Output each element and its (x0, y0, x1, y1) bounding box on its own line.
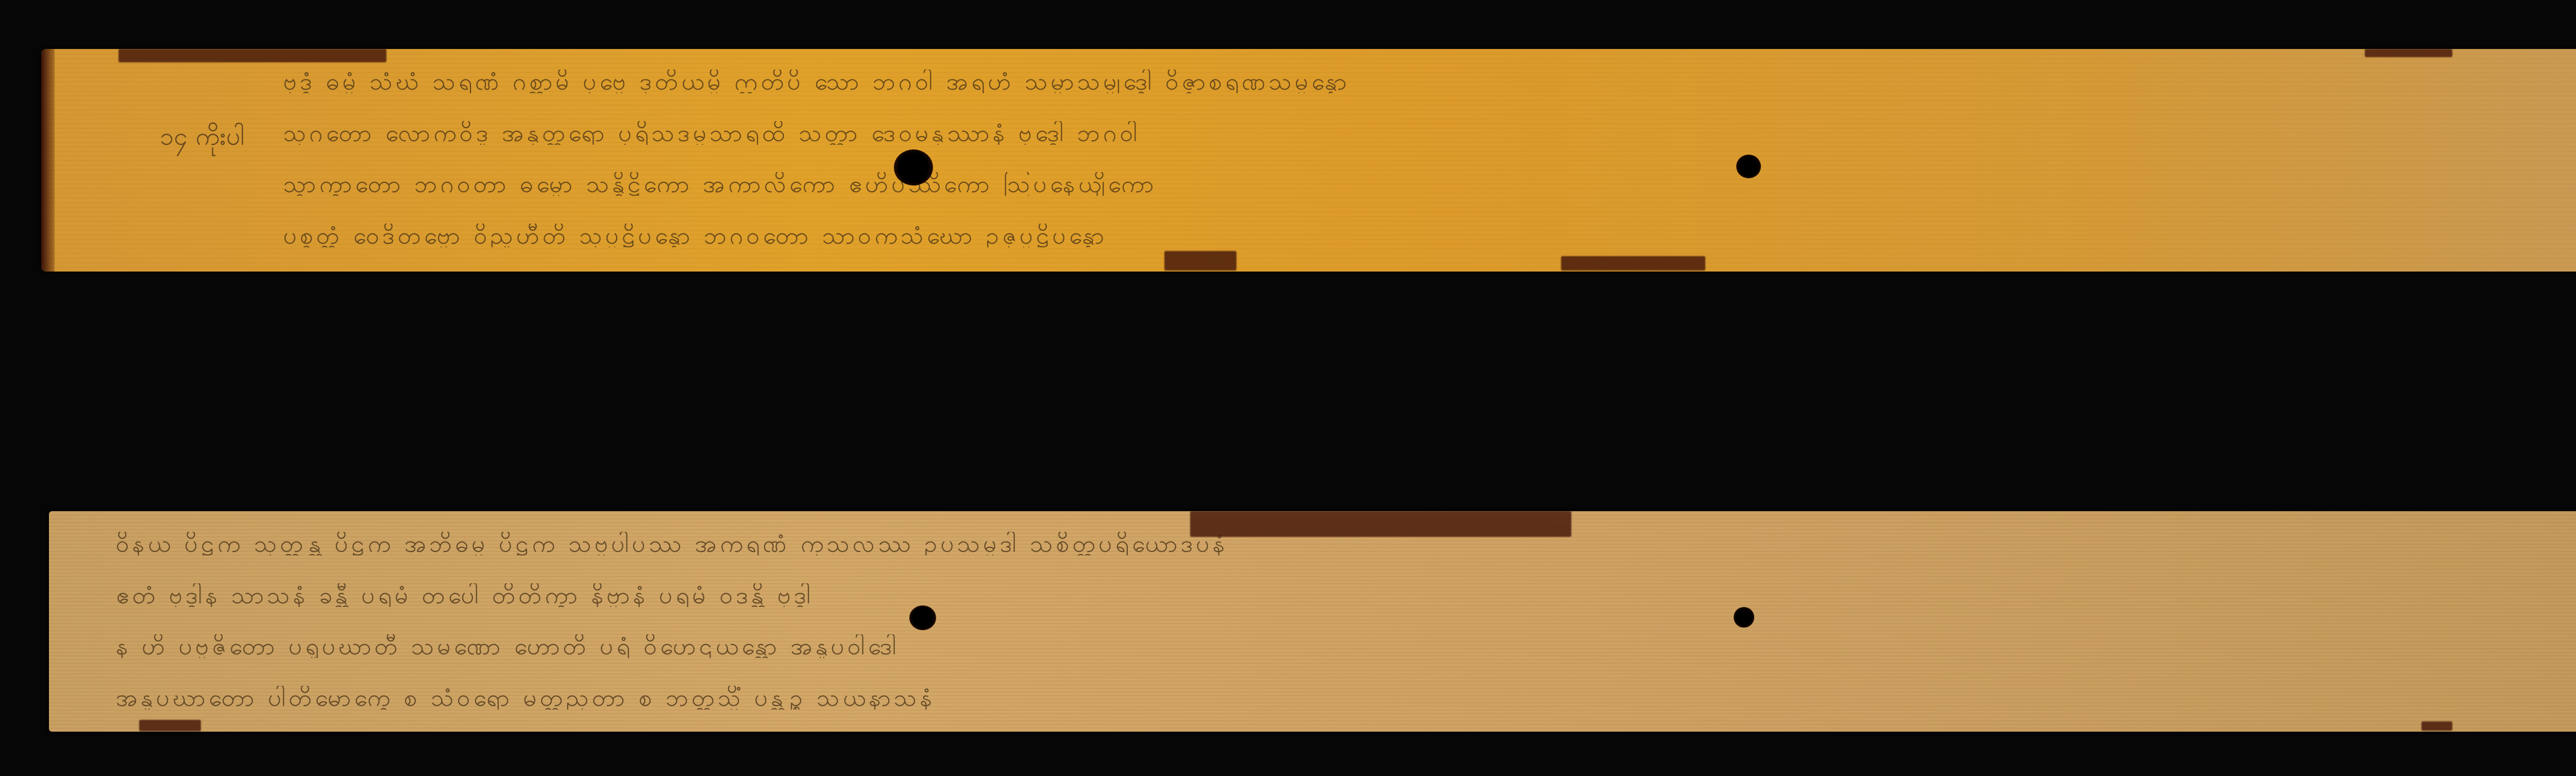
damage-stain (1190, 511, 1571, 537)
script-line: ဧတံ ဗုဒ္ဓါန သာသနံ ခန္တီ ပရမံ တပေါ တိတိက္… (116, 583, 2465, 607)
script-line: အနူပဃာတော ပါတိမောက္ခေ စ သံဝရော မတ္တညုတာ … (116, 686, 2465, 710)
script-line: န ဟိ ပဗ္ဗဇိတော ပရူပဃာတီ သမဏော ဟောတိ ပရံ … (116, 634, 2465, 658)
text-block-top: ဗုဒ္ဓံ ဓမ္မံ သံဃံ သရဏံ ဂစ္ဆာမိ ပုဗ္ဗေ ဒု… (283, 70, 2576, 247)
script-line: သုဂတော လောကဝိဒူ အနုတ္တရော ပုရိသဒမ္မသာရထိ… (283, 121, 2576, 145)
binding-hole (1734, 607, 1754, 628)
palm-leaf-bottom: ဝိနယ ပိဋက သုတ္တန္တ ပိဋက အဘိဓမ္မ ပိဋက သဗ္… (49, 511, 2576, 732)
binding-hole (894, 149, 933, 185)
leaf-edge-burn-left (41, 49, 55, 272)
damage-stain (118, 49, 386, 62)
damage-stain (139, 720, 201, 731)
script-line: ဗုဒ္ဓံ ဓမ္မံ သံဃံ သရဏံ ဂစ္ဆာမိ ပုဗ္ဗေ ဒု… (283, 70, 2576, 93)
script-line: ပစ္စတ္တံ ဝေဒိတဗ္ဗော ဝိညူဟီတိ သုပ္ပဋိပန္န… (283, 224, 2576, 247)
damage-stain (1561, 256, 1705, 271)
text-block-bottom: ဝိနယ ပိဋက သုတ္တန္တ ပိဋက အဘိဓမ္မ ပိဋက သဗ္… (116, 532, 2465, 710)
script-line: သွာက္ခာတော ဘဂဝတာ ဓမ္မော သန္ဒိဋ္ဌိကော အကာ… (283, 172, 2576, 196)
damage-stain (1164, 251, 1236, 271)
damage-stain (2421, 721, 2452, 731)
damage-stain (2365, 49, 2452, 57)
binding-hole (1736, 155, 1761, 178)
palm-leaf-top: ၁၄ ကိုးပါ ဗုဒ္ဓံ ဓမ္မံ သံဃံ သရဏံ ဂစ္ဆာမိ… (41, 49, 2576, 272)
folio-number: ၁၄ ကိုးပါ (160, 121, 244, 157)
photo-background: ၁၄ ကိုးပါ ဗုဒ္ဓံ ဓမ္မံ သံဃံ သရဏံ ဂစ္ဆာမိ… (0, 0, 2576, 776)
binding-hole (909, 605, 936, 630)
